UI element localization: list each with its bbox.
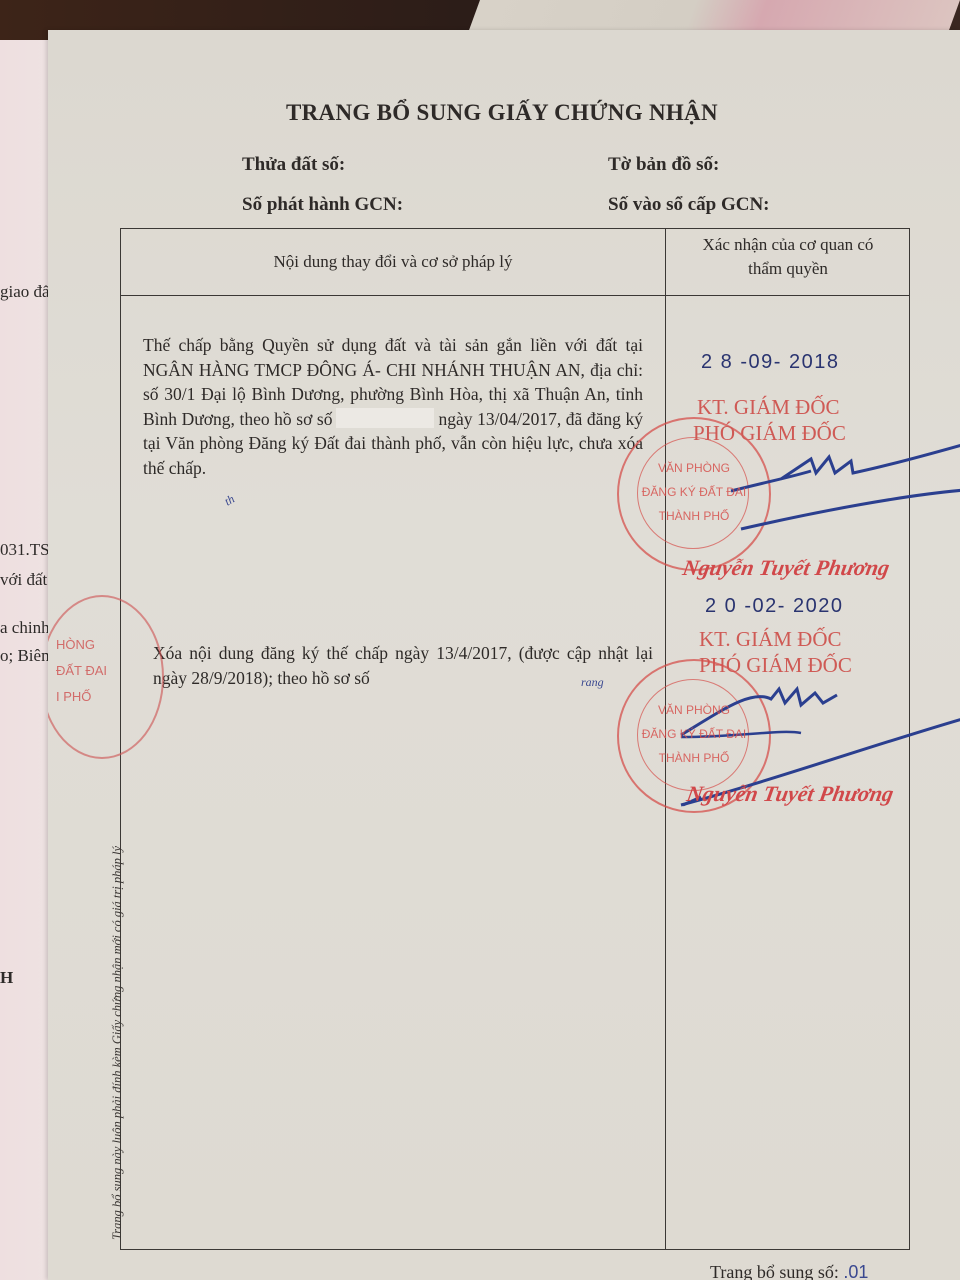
underlying-text: o; Biên (0, 646, 50, 666)
seal-text: ĐĂNG KÝ ĐẤT ĐAI (619, 727, 769, 741)
seal-text: THÀNH PHỐ (619, 509, 769, 523)
seal-text: ĐẤT ĐAI (56, 663, 107, 678)
entry-text: Xóa nội dung đăng ký thế chấp ngày 13/4/… (153, 643, 653, 688)
underlying-text: với đất (0, 570, 47, 590)
date-stamp: 2 8 -09- 2018 (701, 351, 839, 374)
issue-number-label: Số phát hành GCN: (242, 194, 403, 216)
underlying-text: 031.TS (0, 540, 50, 560)
page-title: TRANG BỔ SUNG GIẤY CHỨNG NHẬN (48, 100, 960, 126)
seal-text: I PHỐ (56, 689, 91, 704)
signer-name: Nguyễn Tuyết Phương (685, 781, 896, 807)
supplement-number: .01 (843, 1262, 868, 1280)
parcel-number-label: Thửa đất số: (242, 154, 345, 176)
seal-text: VĂN PHÒNG (619, 461, 769, 475)
header-right-line: thẩm quyền (667, 257, 909, 281)
handwritten-initial: rang (581, 675, 604, 690)
changes-table: Nội dung thay đổi và cơ sở pháp lý Xác n… (120, 228, 910, 1250)
underlying-seal: HÒNG ĐẤT ĐAI I PHỐ (40, 595, 164, 759)
seal-text: VĂN PHÒNG (619, 703, 769, 717)
signer-name: Nguyễn Tuyết Phương (681, 555, 892, 581)
footer-label: Trang bổ sung số: (710, 1262, 839, 1280)
side-note: Trang bổ sung này luôn phải đính kèm Giấ… (110, 846, 125, 1240)
entry-1-content: Thế chấp bằng Quyền sử dụng đất và tài s… (143, 333, 643, 480)
underlying-text: giao đất (0, 282, 54, 302)
seal-text: HÒNG (56, 637, 95, 652)
header-authority-confirmation: Xác nhận của cơ quan có thẩm quyền (667, 233, 909, 281)
header-right-line: Xác nhận của cơ quan có (667, 233, 909, 257)
signer-title: KT. GIÁM ĐỐC (697, 395, 840, 420)
underlying-text: a chinh (0, 618, 50, 638)
redacted-field (336, 408, 434, 428)
seal-text: ĐĂNG KÝ ĐẤT ĐAI (619, 485, 769, 499)
header-divider (121, 295, 909, 296)
page-footer: Trang bổ sung số: .01 (710, 1262, 868, 1280)
map-sheet-label: Tờ bản đồ số: (608, 154, 719, 176)
entry-2-content: Xóa nội dung đăng ký thế chấp ngày 13/4/… (153, 641, 653, 690)
supplementary-page: TRANG BỔ SUNG GIẤY CHỨNG NHẬN Thửa đất s… (48, 30, 960, 1280)
header-content-changes: Nội dung thay đổi và cơ sở pháp lý (121, 229, 665, 295)
handwritten-initial: th (222, 492, 238, 510)
underlying-text: H (0, 968, 13, 988)
registry-number-label: Số vào sổ cấp GCN: (608, 194, 770, 216)
seal-text: THÀNH PHỐ (619, 751, 769, 765)
date-stamp: 2 0 -02- 2020 (705, 595, 843, 618)
